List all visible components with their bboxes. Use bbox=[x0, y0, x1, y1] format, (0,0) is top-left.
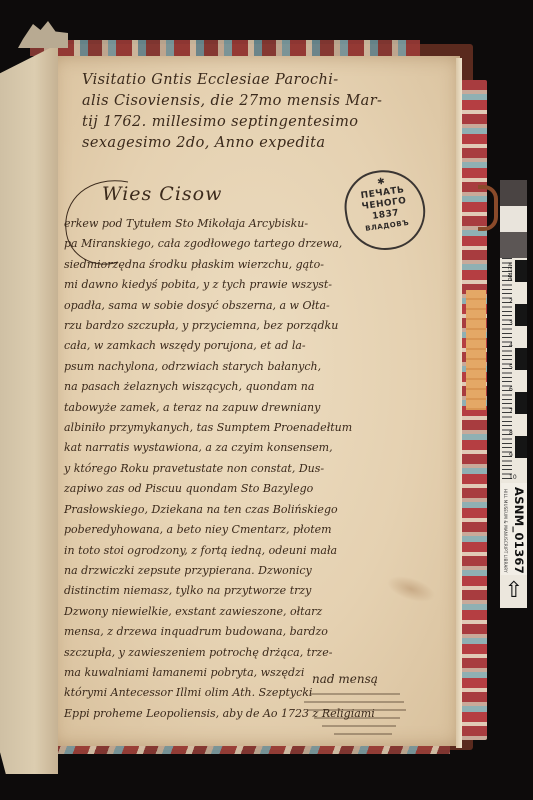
heading-line: tij 1762. millesimo septingentesimo bbox=[60, 112, 452, 133]
catalog-id: ASNM_01367 bbox=[512, 487, 526, 574]
left-flyleaf bbox=[0, 44, 58, 774]
gray-swatch-dark bbox=[500, 180, 527, 206]
marbled-edge-right bbox=[461, 80, 487, 740]
marbled-edge-orange-patch bbox=[466, 290, 486, 410]
catalog-label: HILL MUSEUM & MANUSCRIPT LIBRARY ASNM_01… bbox=[501, 483, 527, 575]
ruler-number: 5 bbox=[509, 364, 513, 371]
ruler-block bbox=[515, 348, 527, 370]
ruler-block bbox=[515, 392, 527, 414]
body-line: in toto stoi ogrodzony, z fortą iedną, o… bbox=[64, 541, 424, 561]
ruler-number: 4 bbox=[509, 342, 513, 349]
body-line: Dzwony niewielkie, exstant zawieszone, o… bbox=[64, 602, 424, 622]
ruler-number: 8 bbox=[509, 430, 513, 437]
village-title: Wies Cisow bbox=[102, 183, 222, 205]
institution-label: HILL MUSEUM & MANUSCRIPT LIBRARY bbox=[503, 489, 508, 573]
manuscript-photograph: Visitatio Gntis Ecclesiae Parochi- alis … bbox=[0, 0, 533, 800]
ruler-number: 6 bbox=[509, 386, 513, 393]
signature-flourish bbox=[300, 690, 410, 740]
ruler-number: 7 bbox=[509, 408, 513, 415]
body-line: mi dawno kiedyś pobita, y z tych prawie … bbox=[64, 275, 424, 295]
ruler-number: 9 bbox=[509, 452, 513, 459]
gray-swatch-mid bbox=[500, 232, 527, 258]
ruler-number: 10 bbox=[509, 474, 517, 481]
ruler-number: 1 bbox=[509, 276, 513, 283]
body-line: siedmiorzędna środku płaskim wierzchu, g… bbox=[64, 255, 424, 275]
manuscript-body: erkew pod Tytułem Sto Mikołaja Arcybisku… bbox=[64, 214, 424, 724]
body-line: na drzwiczki zepsute przypierana. Dzwoni… bbox=[64, 561, 424, 581]
body-line: erkew pod Tytułem Sto Mikołaja Arcybisku… bbox=[64, 214, 424, 234]
body-line: szczupła, y zawieszeniem potrochę drżąca… bbox=[64, 643, 424, 663]
body-line: y którego Roku pravetustate non constat,… bbox=[64, 459, 424, 479]
ruler-block bbox=[515, 436, 527, 458]
body-line: pa Miranskiego, cała zgodłowego tartego … bbox=[64, 234, 424, 254]
torn-corner bbox=[18, 18, 68, 48]
body-line: rzu bardzo szczupła, y przyciemna, bez p… bbox=[64, 316, 424, 336]
body-line: psum nachylona, odrzwiach starych bałany… bbox=[64, 357, 424, 377]
body-line: kat narratis wystawiona, a za czyim kons… bbox=[64, 438, 424, 458]
signature-text: nad mensą bbox=[312, 672, 378, 686]
marbled-edge-top bbox=[30, 40, 420, 56]
heading-block: Visitatio Gntis Ecclesiae Parochi- alis … bbox=[60, 70, 452, 154]
body-line: albiniło przymykanych, tas Sumptem Proen… bbox=[64, 418, 424, 438]
heading-line: alis Cisoviensis, die 27mo mensis Mar- bbox=[60, 91, 452, 112]
body-line: distinctim niemasz, tylko na przytworze … bbox=[64, 581, 424, 601]
body-line: opadła, sama w sobie dosyć obszerna, a w… bbox=[64, 296, 424, 316]
ruler-number: 3 bbox=[509, 320, 513, 327]
body-line: zapiwo zas od Piscuu quondam Sto Bazyleg… bbox=[64, 479, 424, 499]
ruler-block bbox=[515, 304, 527, 326]
body-line: Prasłowskiego, Dziekana na ten czas Boli… bbox=[64, 500, 424, 520]
heading-line: sexagesimo 2do, Anno expedita bbox=[60, 133, 452, 154]
up-arrow-icon: ⇧ bbox=[503, 578, 525, 604]
heading-line: Visitatio Gntis Ecclesiae Parochi- bbox=[60, 70, 452, 91]
ruler-number: 2 bbox=[509, 298, 513, 305]
body-line: poberedyhowana, a beto niey Cmentarz, pł… bbox=[64, 520, 424, 540]
page-edge bbox=[456, 58, 462, 748]
body-line: na pasach żelaznych wiszących, quondam n… bbox=[64, 377, 424, 397]
body-line: tabowyże zamek, a teraz na zapuw drewnia… bbox=[64, 398, 424, 418]
gray-swatch-light bbox=[500, 206, 527, 232]
ruler-block bbox=[515, 260, 527, 282]
binding-tie bbox=[478, 185, 498, 231]
body-line: mensa, z drzewa inquadrum budowana, bard… bbox=[64, 622, 424, 642]
body-line: cała, w zamkach wszędy porujona, et ad l… bbox=[64, 336, 424, 356]
